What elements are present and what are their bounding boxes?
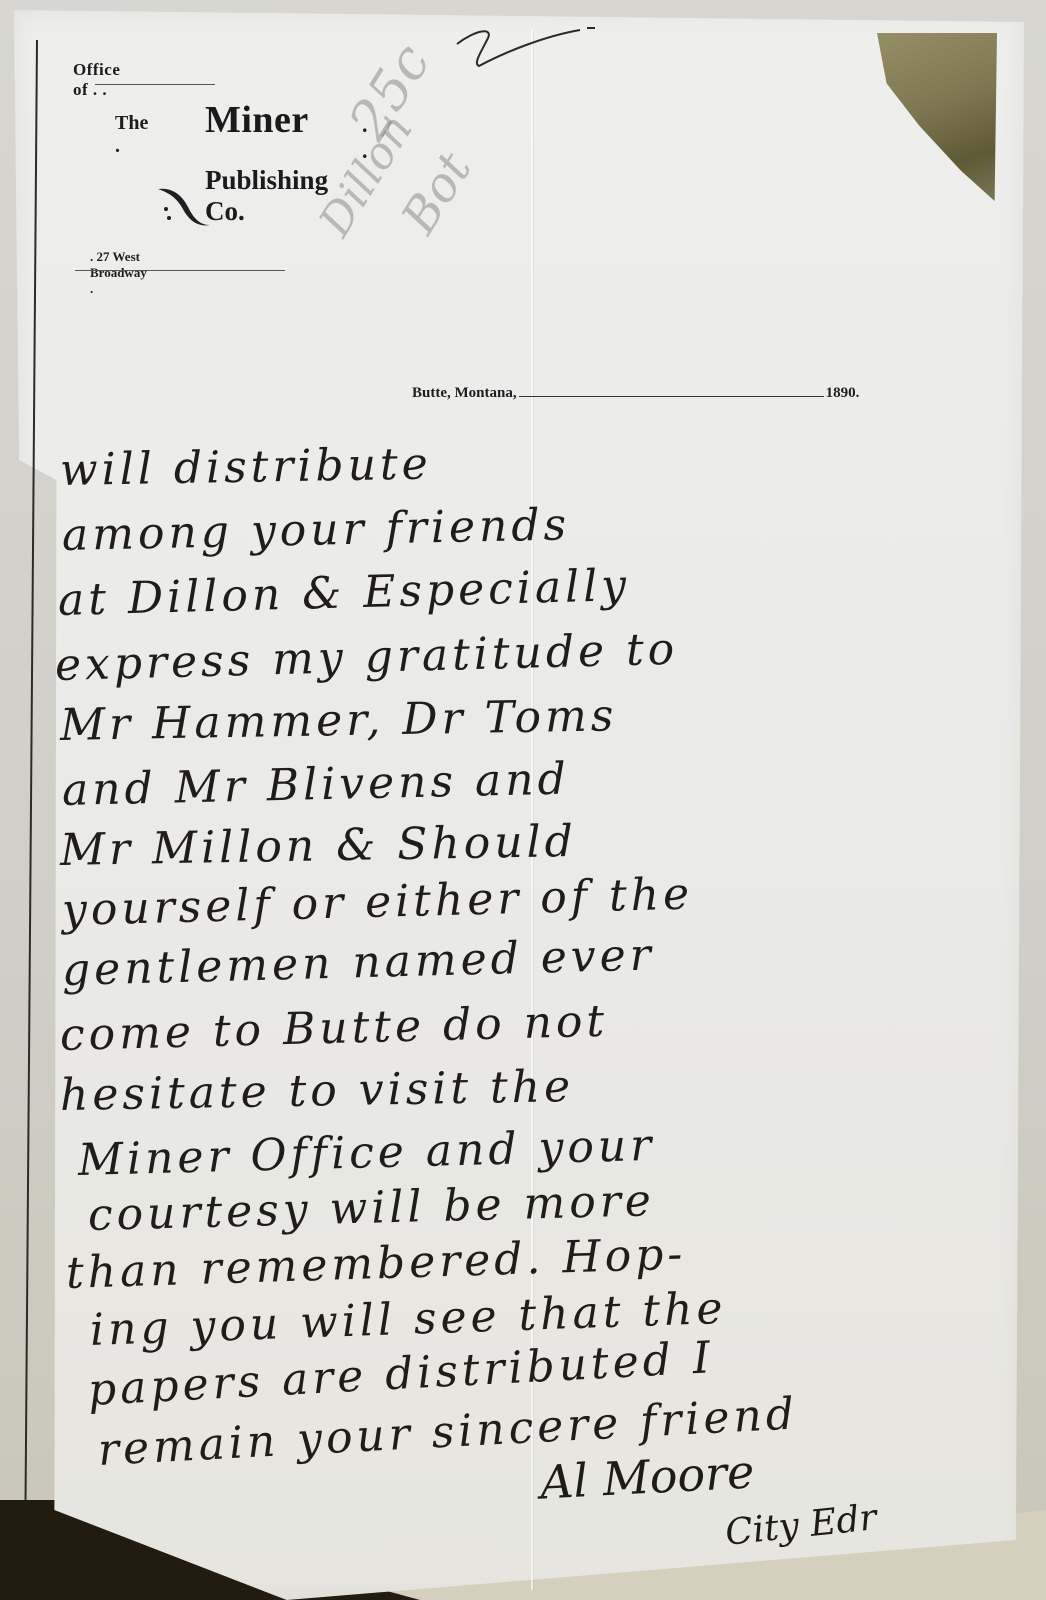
divider	[75, 270, 285, 271]
signature-name: Al Moore	[539, 1444, 756, 1509]
handwritten-line: among your friends	[61, 499, 570, 561]
ornament-dots: . .	[362, 112, 368, 164]
publishing-co-label: Publishing Co.	[205, 165, 328, 227]
swash-ornament-icon	[152, 185, 212, 230]
the-label: The .	[115, 112, 148, 158]
divider	[95, 84, 215, 85]
date-blank-line	[519, 384, 824, 397]
handwritten-line: hesitate to visit the	[60, 1061, 575, 1121]
check-mark-icon	[455, 22, 605, 82]
publisher-name: Miner	[205, 98, 309, 142]
office-of-label: Office of . .	[73, 60, 120, 100]
dateline: Butte, Montana, 1890.	[412, 384, 859, 402]
handwritten-line: Mr Hammer, Dr Toms	[60, 690, 618, 751]
dateline-year: 1890.	[826, 385, 860, 402]
address: . 27 West Broadway .	[90, 249, 147, 297]
dateline-place: Butte, Montana,	[412, 385, 517, 402]
handwritten-line: Mr Millon & Should	[60, 816, 578, 876]
handwritten-line: will distribute	[60, 439, 433, 496]
